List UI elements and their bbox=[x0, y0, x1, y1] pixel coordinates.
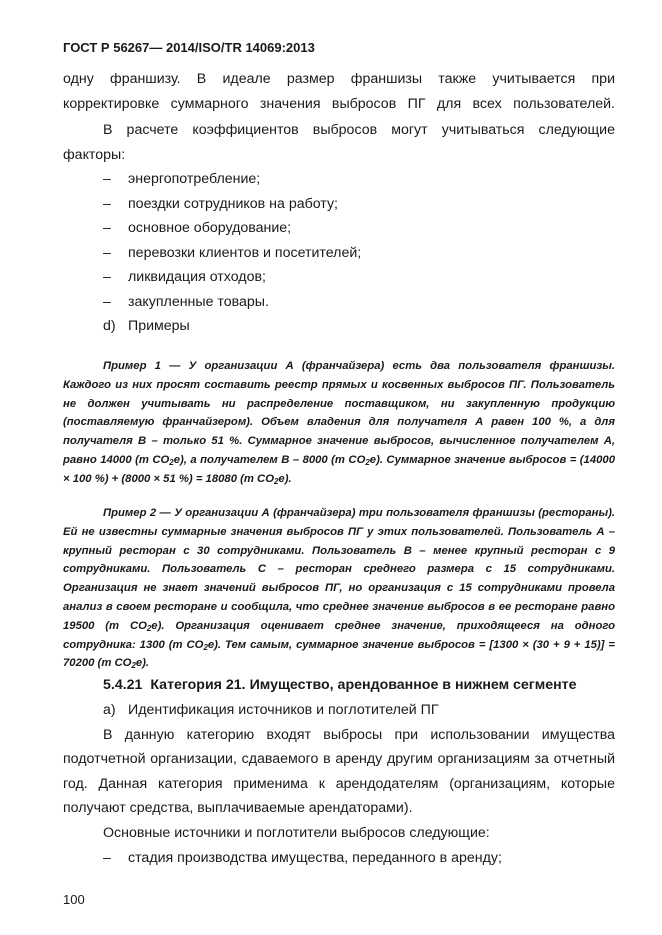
dash-marker: – bbox=[103, 167, 128, 192]
paragraph-sources: Основные источники и поглотители выбросо… bbox=[63, 821, 615, 846]
document-header: ГОСТ Р 56267— 2014/ISO/TR 14069:2013 bbox=[63, 40, 315, 55]
list-item-identification: a)Идентификация источников и поглотителе… bbox=[103, 698, 615, 723]
list-item-examples: d)Примеры bbox=[103, 314, 615, 339]
list-item-text: энергопотребление; bbox=[128, 171, 260, 187]
example-text: Пример 1 — У организации А (франчайзера)… bbox=[63, 360, 615, 466]
list-item: –перевозки клиентов и посетителей; bbox=[103, 241, 615, 266]
list-item-text: стадия производства имущества, переданно… bbox=[128, 850, 502, 866]
paragraph-text: В расчете коэффициентов выбросов могут у… bbox=[63, 122, 615, 163]
list-item: –поездки сотрудников на работу; bbox=[103, 192, 615, 217]
list-item: –энергопотребление; bbox=[103, 167, 615, 192]
list-item: –ликвидация отходов; bbox=[103, 265, 615, 290]
list-item: –стадия производства имущества, переданн… bbox=[103, 846, 615, 871]
section-title: Категория 21. Имущество, арендованное в … bbox=[150, 677, 576, 693]
section-heading: 5.4.21 Категория 21. Имущество, арендова… bbox=[103, 673, 577, 698]
example-text: Пример 2 — У организации А (франчайзера)… bbox=[63, 507, 615, 632]
paragraph-franchise-size: одну франшизу. В идеале размер франшизы … bbox=[63, 67, 615, 116]
example-1: Пример 1 — У организации А (франчайзера)… bbox=[63, 357, 615, 489]
dash-marker: – bbox=[103, 216, 128, 241]
list-item-text: основное оборудование; bbox=[128, 220, 291, 236]
dash-marker: – bbox=[103, 265, 128, 290]
paragraph-text: Основные источники и поглотители выбросо… bbox=[103, 825, 490, 841]
list-item-text: поездки сотрудников на работу; bbox=[128, 196, 338, 212]
item-marker: a) bbox=[103, 698, 128, 723]
list-item-text: Примеры bbox=[128, 318, 190, 334]
paragraph-emission-factors: В расчете коэффициентов выбросов могут у… bbox=[63, 118, 615, 167]
paragraph-text: В данную категорию входят выбросы при ис… bbox=[63, 727, 615, 817]
list-item-text: закупленные товары. bbox=[128, 294, 269, 310]
example-2: Пример 2 — У организации А (франчайзера)… bbox=[63, 504, 615, 673]
list-item-text: перевозки клиентов и посетителей; bbox=[128, 245, 361, 261]
paragraph-category-description: В данную категорию входят выбросы при ис… bbox=[63, 723, 615, 821]
dash-marker: – bbox=[103, 241, 128, 266]
example-text: e). bbox=[136, 657, 149, 669]
dash-marker: – bbox=[103, 846, 128, 871]
list-item-text: Идентификация источников и поглотителей … bbox=[128, 702, 439, 718]
dash-marker: – bbox=[103, 290, 128, 315]
item-marker: d) bbox=[103, 314, 128, 339]
dash-marker: – bbox=[103, 192, 128, 217]
paragraph-text: одну франшизу. В идеале размер франшизы … bbox=[63, 71, 615, 112]
example-text: e). bbox=[278, 473, 291, 485]
list-item: –основное оборудование; bbox=[103, 216, 615, 241]
list-item-text: ликвидация отходов; bbox=[128, 269, 266, 285]
example-text: e), а получателем В – 8000 (m CO bbox=[174, 454, 366, 466]
page-number: 100 bbox=[63, 892, 85, 907]
list-item: –закупленные товары. bbox=[103, 290, 615, 315]
section-number: 5.4.21 bbox=[103, 677, 142, 693]
